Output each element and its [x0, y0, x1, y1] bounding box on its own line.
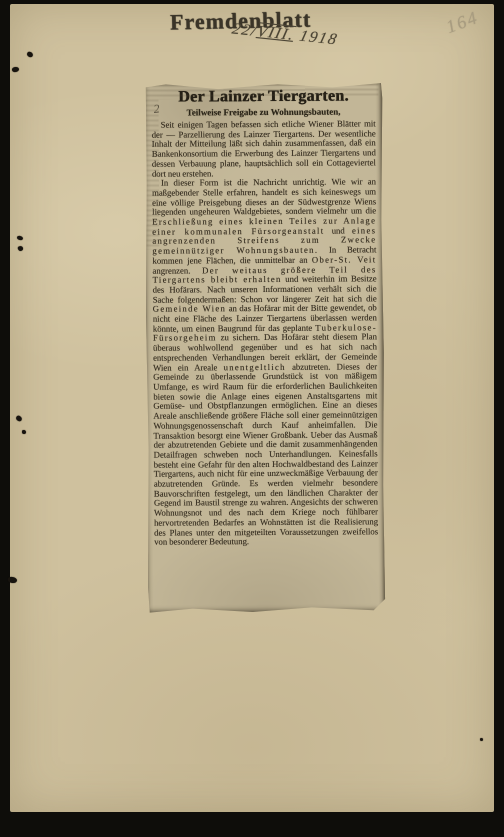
scanned-archive-page: { "scan": { "archive_number": "164", "st…	[0, 0, 504, 837]
text-run: und	[324, 225, 352, 235]
paper-damage-speck	[26, 51, 33, 58]
paper-damage-speck	[480, 738, 483, 741]
archive-folio-number: 164	[443, 7, 481, 38]
paper-damage-speck	[15, 415, 23, 422]
paper-damage-speck	[11, 66, 19, 73]
date-month: VIII.	[255, 23, 296, 44]
paper-damage-speck	[22, 430, 26, 434]
paper-damage-speck	[17, 236, 24, 241]
album-page: Fremdenblatt 22/VIII. 1918 164 2 Der Lai…	[10, 4, 494, 812]
article-title: Der Lainzer Tiergarten.	[151, 87, 375, 106]
paper-damage-speck	[8, 577, 17, 584]
text-run: In dieser Form ist die Nachricht unricht…	[152, 177, 376, 217]
handwritten-date: 22/VIII. 1918	[230, 21, 340, 50]
text-run: Seit einigen Tagen befassen sich etliche…	[152, 118, 376, 178]
article-paragraph: In dieser Form ist die Nachricht unricht…	[152, 178, 378, 548]
date-year: 1918	[298, 28, 340, 49]
newspaper-clipping: 2 Der Lainzer Tiergarten. Teilweise Frei…	[144, 82, 385, 613]
text-run: abzutreten. Dieses der Gemeinde zu überl…	[153, 361, 378, 547]
article-subtitle: Teilweise Freigabe zu Wohnungsbauten,	[152, 106, 376, 117]
paper-damage-speck	[17, 245, 24, 252]
article-paragraph: Seit einigen Tagen befassen sich etliche…	[152, 119, 376, 179]
article-body: Seit einigen Tagen befassen sich etliche…	[152, 119, 379, 547]
